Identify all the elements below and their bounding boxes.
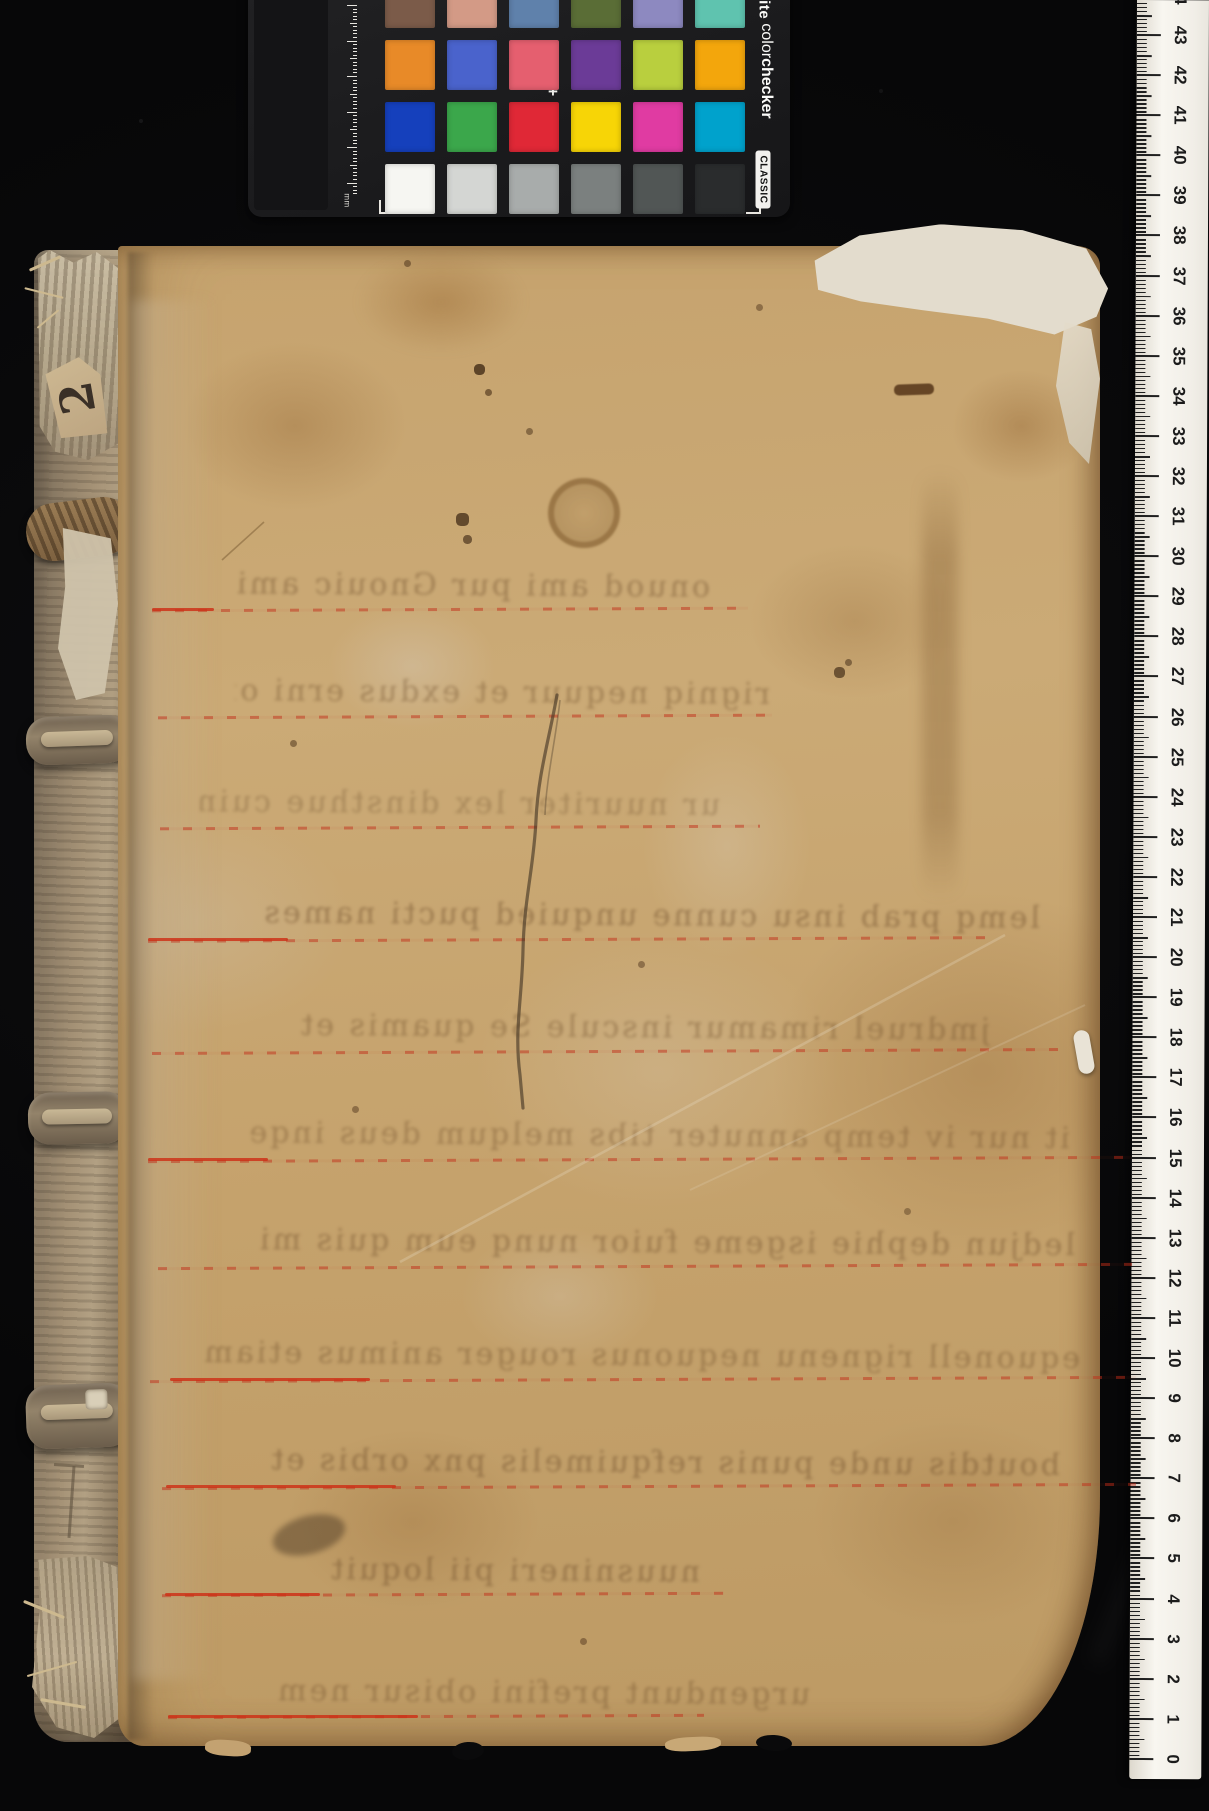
cover-mottling: [132, 300, 216, 1680]
bleedthrough-text-line: nuusnineri pii loquit: [250, 1547, 700, 1592]
ruler-mm-tick: [1135, 488, 1145, 489]
mm-scale-tick: [347, 5, 357, 6]
spine-raised-band: [25, 714, 131, 766]
ruler-mm-tick: [1135, 376, 1150, 378]
ruler-mm-tick: [1135, 564, 1145, 565]
ruler-mm-tick: [1132, 1061, 1142, 1062]
ruler-cm-tick: [1136, 315, 1160, 317]
ruler-mm-tick: [1132, 1089, 1142, 1090]
ruler-cm-tick: [1131, 1317, 1155, 1319]
ruler-mm-tick: [1136, 179, 1146, 180]
mm-scale-tick: [353, 87, 357, 88]
mm-scale-tick: [353, 115, 357, 116]
ruler-mm-tick: [1135, 444, 1145, 445]
ruler-number: 35: [1164, 343, 1188, 369]
ruler-mm-tick: [1134, 684, 1144, 685]
ruler-cm-tick: [1134, 595, 1158, 597]
ruler-mm-tick: [1132, 1129, 1142, 1130]
ruler-mm-tick: [1133, 833, 1143, 834]
ruler-mm-tick: [1134, 608, 1144, 609]
ruler-mm-tick: [1134, 692, 1144, 693]
ruler-mm-tick: [1130, 1554, 1140, 1555]
stain-streak: [922, 470, 958, 900]
ruler-mm-tick: [1137, 15, 1152, 17]
ruler-mm-tick: [1133, 913, 1143, 914]
wordmark-checker: checker: [758, 58, 775, 119]
ruler-mm-tick: [1136, 187, 1146, 188]
ruler-mm-tick: [1131, 1458, 1146, 1460]
ruler-mm-tick: [1130, 1498, 1145, 1500]
ruler-mm-tick: [1137, 79, 1147, 80]
ruler: 4443424140393837363534333231302928272625…: [1129, 0, 1209, 1779]
ruler-number: 43: [1166, 22, 1190, 48]
ruler-mm-tick: [1136, 119, 1146, 120]
color-patch: [571, 40, 621, 90]
mm-scale-tick: [353, 119, 357, 120]
mm-scale-tick: [350, 129, 357, 130]
ruler-mm-tick: [1134, 604, 1144, 605]
ruler-mm-tick: [1131, 1422, 1141, 1423]
ruler-mm-tick: [1131, 1266, 1141, 1267]
ruler-mm-tick: [1131, 1442, 1141, 1443]
ruler-mm-tick: [1135, 492, 1145, 493]
ruler-mm-tick: [1135, 500, 1145, 501]
ruler-mm-tick: [1131, 1470, 1141, 1471]
ruler-mm-tick: [1136, 280, 1146, 281]
ruler-mm-tick: [1130, 1502, 1140, 1503]
ruler-mm-tick: [1133, 933, 1143, 934]
ruler-mm-tick: [1131, 1454, 1141, 1455]
ruler-mm-tick: [1130, 1707, 1140, 1708]
ruler-mm-tick: [1136, 284, 1146, 285]
ruler-cm-tick: [1132, 1197, 1156, 1199]
mm-scale-tick: [353, 37, 357, 38]
color-patch: [633, 0, 683, 28]
ruler-mm-tick: [1131, 1390, 1141, 1391]
ruler-mm-tick: [1134, 624, 1144, 625]
color-checker-black-panel: [254, 0, 328, 210]
ruler-mm-tick: [1133, 953, 1143, 954]
ruler-mm-tick: [1134, 708, 1144, 709]
ruler-mm-tick: [1135, 472, 1145, 473]
ruler-mm-tick: [1131, 1402, 1141, 1403]
ruler-mm-tick: [1132, 1081, 1142, 1082]
ruler-mm-tick: [1134, 729, 1144, 730]
ruler-mm-tick: [1132, 1069, 1142, 1070]
ruler-mm-tick: [1132, 1093, 1142, 1094]
color-patch: [695, 102, 745, 152]
ruler-mm-tick: [1131, 1326, 1141, 1327]
ruler-mm-tick: [1130, 1607, 1140, 1608]
ruler-mm-tick: [1130, 1635, 1140, 1636]
ruler-mm-tick: [1134, 700, 1144, 701]
ruler-mm-tick: [1137, 31, 1147, 32]
ruler-mm-tick: [1132, 1194, 1142, 1195]
ruler-cm-tick: [1131, 1437, 1155, 1439]
ruler-mm-tick: [1137, 63, 1147, 64]
ruler-mm-tick: [1136, 199, 1146, 200]
ruler-mm-tick: [1131, 1270, 1141, 1271]
ruler-mm-tick: [1136, 296, 1151, 298]
ruler-mm-tick: [1137, 11, 1147, 12]
ruler-mm-tick: [1132, 1133, 1142, 1134]
ruler-mm-tick: [1133, 973, 1143, 974]
ruler-number: 33: [1164, 423, 1188, 449]
mm-scale-tick: [353, 97, 357, 98]
ruler-mm-tick: [1130, 1643, 1140, 1644]
spine-raised-band: [28, 1091, 129, 1145]
ruler-mm-tick: [1130, 1490, 1140, 1491]
mm-scale-tick: [353, 179, 357, 180]
mm-scale-tick: [347, 183, 357, 184]
ruler-number: 26: [1163, 704, 1187, 730]
ruler-mm-tick: [1134, 721, 1144, 722]
ruler-mm-tick: [1133, 825, 1143, 826]
ruler-mm-tick: [1137, 103, 1147, 104]
ruler-mm-tick: [1130, 1562, 1140, 1563]
ruler-mm-tick: [1136, 139, 1146, 140]
color-patch: [385, 0, 435, 28]
color-patch: [695, 40, 745, 90]
ruler-mm-tick: [1136, 219, 1146, 220]
ruler-mm-tick: [1135, 464, 1145, 465]
mm-scale-tick: [353, 154, 357, 155]
ruler-mm-tick: [1131, 1350, 1141, 1351]
mm-scale-tick: [347, 112, 357, 113]
ruler-mm-tick: [1132, 1246, 1142, 1247]
spine-clasp: [85, 1389, 108, 1410]
ruler-mm-tick: [1131, 1322, 1141, 1323]
ruler-mm-tick: [1131, 1446, 1141, 1447]
ruler-mm-tick: [1134, 680, 1144, 681]
mm-scale-tick: [353, 186, 357, 187]
ruler-number: 29: [1163, 583, 1187, 609]
ruler-mm-tick: [1129, 1743, 1139, 1744]
red-ruling-solid-segment: [165, 1593, 320, 1596]
ruler-mm-tick: [1134, 592, 1144, 593]
ruler-mm-tick: [1130, 1695, 1140, 1696]
color-patch: [385, 164, 435, 214]
ruler-mm-tick: [1137, 107, 1147, 108]
ruler-mm-tick: [1135, 440, 1145, 441]
ruler-mm-tick: [1130, 1546, 1140, 1547]
ruler-mm-tick: [1130, 1534, 1140, 1535]
ruler-mm-tick: [1135, 348, 1145, 349]
bleedthrough-text-line: equonell rignenu nequonus rouger animus …: [200, 1331, 1080, 1379]
ruler-mm-tick: [1133, 813, 1143, 814]
ruler-cm-tick: [1130, 1638, 1154, 1640]
ruler-mm-tick: [1135, 532, 1145, 533]
ruler-mm-tick: [1136, 151, 1146, 152]
ruler-mm-tick: [1130, 1687, 1140, 1688]
mm-scale-label: mm: [343, 193, 352, 207]
color-patch: [447, 40, 497, 90]
mm-scale-tick: [353, 80, 357, 81]
ruler-mm-tick: [1133, 809, 1143, 810]
ruler-mm-tick: [1133, 925, 1143, 926]
ruler-mm-tick: [1133, 1001, 1143, 1002]
ruler-mm-tick: [1132, 1182, 1142, 1183]
ruler-mm-tick: [1134, 640, 1144, 641]
ruler-mm-tick: [1135, 520, 1145, 521]
ruler-number: 30: [1164, 543, 1188, 569]
ruler-mm-tick: [1134, 801, 1144, 802]
ruler-mm-tick: [1137, 39, 1147, 40]
ruler-mm-tick: [1134, 672, 1144, 673]
ruler-mm-tick: [1130, 1699, 1145, 1701]
ruler-mm-tick: [1131, 1314, 1141, 1315]
ruler-mm-tick: [1131, 1394, 1141, 1395]
ruler-mm-tick: [1135, 360, 1145, 361]
ruler-cm-tick: [1130, 1597, 1154, 1599]
red-ruling-solid-segment: [170, 1378, 370, 1381]
ruler-mm-tick: [1134, 733, 1144, 734]
ruler-mm-tick: [1132, 1085, 1142, 1086]
ruler-mm-tick: [1133, 1021, 1143, 1022]
ruler-mm-tick: [1133, 909, 1143, 910]
ruler-mm-tick: [1130, 1586, 1140, 1587]
color-patch: [695, 0, 745, 28]
red-ruling-solid-segment: [166, 1485, 396, 1488]
ink-mark: [894, 383, 934, 395]
mm-scale-tick: [353, 72, 357, 73]
ruler-mm-tick: [1129, 1723, 1139, 1724]
ruler-mm-tick: [1135, 372, 1145, 373]
ruler-mm-tick: [1130, 1510, 1140, 1511]
red-ruling-solid-segment: [152, 608, 214, 611]
ruler-number: 3: [1159, 1626, 1183, 1652]
ruler-number: 31: [1164, 503, 1188, 529]
ruler-mm-tick: [1130, 1655, 1140, 1656]
ruler-mm-tick: [1135, 528, 1145, 529]
ruler-mm-tick: [1130, 1522, 1140, 1523]
ruler-mm-tick: [1136, 203, 1146, 204]
ruler-mm-tick: [1137, 19, 1147, 20]
ruler-mm-tick: [1136, 123, 1146, 124]
ruler-mm-tick: [1129, 1751, 1139, 1752]
ruler-mm-tick: [1134, 632, 1144, 633]
color-patch: [509, 102, 559, 152]
ruler-number: 5: [1159, 1546, 1183, 1572]
ruler-mm-tick: [1131, 1366, 1141, 1367]
ruler-number: 7: [1159, 1465, 1183, 1491]
ruler-mm-tick: [1131, 1342, 1141, 1343]
ruler-number: 15: [1161, 1145, 1185, 1171]
ruler-cm-tick: [1133, 996, 1157, 998]
spine-raised-band: [25, 1382, 131, 1450]
ruler-mm-tick: [1137, 87, 1147, 88]
ruler-cm-tick: [1133, 956, 1157, 958]
ruler-mm-tick: [1134, 644, 1144, 645]
bleedthrough-text-line: jmdruel rimamur inscule Se quamis et: [230, 1003, 990, 1050]
ruler-mm-tick: [1136, 175, 1151, 177]
ruler-mm-tick: [1132, 1109, 1142, 1110]
ruler-mm-tick: [1133, 861, 1143, 862]
ruler-mm-tick: [1134, 588, 1144, 589]
ruler-cm-tick: [1136, 234, 1160, 236]
ruler-mm-tick: [1134, 769, 1144, 770]
ruler-mm-tick: [1129, 1755, 1139, 1756]
ruler-number: 8: [1160, 1425, 1184, 1451]
ruler-mm-tick: [1136, 328, 1146, 329]
ruler-cm-tick: [1129, 1718, 1153, 1720]
ruler-mm-tick: [1136, 251, 1146, 252]
ruler-mm-tick: [1130, 1611, 1140, 1612]
ruler-mm-tick: [1132, 1178, 1147, 1180]
ruler-mm-tick: [1132, 1206, 1142, 1207]
ruler-mm-tick: [1133, 1009, 1143, 1010]
ruler-mm-tick: [1131, 1418, 1146, 1420]
bleedthrough-text-line: onuod ami pur Gnouic ami: [218, 562, 710, 607]
ruler-mm-tick: [1133, 1013, 1143, 1014]
ruler-cm-tick: [1129, 1758, 1153, 1760]
color-patch: [633, 40, 683, 90]
ruler-cm-tick: [1136, 154, 1160, 156]
mm-scale-tick: [353, 108, 357, 109]
ruler-number: 41: [1165, 102, 1189, 128]
mm-scale-tick: [353, 143, 357, 144]
ruler-mm-tick: [1132, 1105, 1142, 1106]
ruler-mm-tick: [1134, 749, 1144, 750]
ruler-mm-tick: [1132, 1166, 1142, 1167]
ruler-mm-tick: [1132, 1149, 1142, 1150]
ruler-mm-tick: [1131, 1434, 1141, 1435]
ruler-mm-tick: [1134, 789, 1144, 790]
ruler-number: 28: [1163, 623, 1187, 649]
ruler-mm-tick: [1136, 288, 1146, 289]
ruler-mm-tick: [1137, 67, 1147, 68]
bleedthrough-text-line: ur nuuriter lex dinsthue cuini: [200, 780, 720, 826]
ruler-mm-tick: [1135, 432, 1145, 433]
ruler-mm-tick: [1133, 885, 1143, 886]
ruler-mm-tick: [1131, 1462, 1141, 1463]
ruler-cm-tick: [1135, 395, 1159, 397]
ruler-number: 42: [1166, 62, 1190, 88]
ruler-mm-tick: [1136, 259, 1146, 260]
color-patch: [385, 40, 435, 90]
ruler-mm-tick: [1133, 829, 1143, 830]
edge-notch: [451, 1741, 484, 1761]
ruler-mm-tick: [1133, 901, 1143, 902]
ruler-mm-tick: [1135, 504, 1145, 505]
ruler-mm-tick: [1134, 773, 1144, 774]
ruler-number: 21: [1162, 904, 1186, 930]
mm-scale-tick: [353, 65, 357, 66]
ruler-number: 20: [1162, 944, 1186, 970]
ruler-mm-tick: [1131, 1414, 1141, 1415]
ruler-mm-tick: [1135, 380, 1145, 381]
ruler-cm-tick: [1132, 1036, 1156, 1038]
mm-scale-tick: [353, 161, 357, 162]
ruler-number: 24: [1162, 784, 1186, 810]
ruler-mm-tick: [1132, 1145, 1142, 1146]
ruler-mm-tick: [1137, 95, 1152, 97]
ruler-mm-tick: [1133, 897, 1148, 899]
ruler-mm-tick: [1130, 1542, 1140, 1543]
color-patch: [571, 102, 621, 152]
ruler-number: 25: [1163, 744, 1187, 770]
ruler-mm-tick: [1134, 745, 1144, 746]
bleedthrough-text-line: it nur iv temp annuter tibs melqum deus …: [185, 1111, 1070, 1159]
red-ruling-solid-segment: [168, 1715, 418, 1718]
ruler-mm-tick: [1134, 725, 1144, 726]
ruler-mm-tick: [1135, 404, 1145, 405]
ruler-mm-tick: [1133, 961, 1143, 962]
ruler-mm-tick: [1131, 1286, 1141, 1287]
color-patch: [509, 0, 559, 28]
ruler-mm-tick: [1136, 320, 1146, 321]
ruler-mm-tick: [1134, 704, 1144, 705]
ruler-number: 22: [1162, 864, 1186, 890]
mm-scale-tick: [353, 83, 357, 84]
ruler-mm-tick: [1136, 304, 1146, 305]
vellum-cover: [118, 246, 1100, 1746]
ruler-cm-tick: [1135, 555, 1159, 557]
ruler-mm-tick: [1131, 1450, 1141, 1451]
ruler-mm-tick: [1133, 989, 1143, 990]
mm-scale-tick: [353, 158, 357, 159]
ruler-mm-tick: [1134, 668, 1144, 669]
ruler-mm-tick: [1133, 977, 1148, 979]
ruler-mm-tick: [1134, 628, 1144, 629]
ruler-mm-tick: [1134, 572, 1144, 573]
ruler-number: 2: [1159, 1666, 1183, 1692]
ruler-mm-tick: [1130, 1538, 1145, 1540]
mm-scale-tick: [353, 190, 357, 191]
ruler-cm-tick: [1135, 515, 1159, 517]
ruler-mm-tick: [1136, 143, 1146, 144]
ruler-mm-tick: [1133, 1025, 1143, 1026]
ruler-mm-tick: [1132, 1033, 1142, 1034]
ruler-mm-tick: [1136, 207, 1146, 208]
ruler-cm-tick: [1133, 876, 1157, 878]
ruler-mm-tick: [1134, 741, 1144, 742]
ruler-mm-tick: [1134, 652, 1144, 653]
ruler-mm-tick: [1131, 1426, 1141, 1427]
ruler-mm-tick: [1135, 428, 1145, 429]
ruler-mm-tick: [1130, 1711, 1140, 1712]
ruler-mm-tick: [1129, 1739, 1144, 1741]
ruler-mm-tick: [1130, 1627, 1140, 1628]
ruler-mm-tick: [1131, 1334, 1141, 1335]
ruler-mm-tick: [1129, 1747, 1139, 1748]
ruler-mm-tick: [1136, 135, 1151, 137]
ruler-mm-tick: [1136, 263, 1146, 264]
ruler-mm-tick: [1130, 1675, 1140, 1676]
ruler-mm-tick: [1136, 340, 1146, 341]
ruler-mm-tick: [1133, 805, 1143, 806]
ruler-mm-tick: [1130, 1582, 1140, 1583]
ruler-mm-tick: [1134, 616, 1149, 618]
ruler-mm-tick: [1131, 1294, 1141, 1295]
ruler-mm-tick: [1134, 576, 1149, 578]
ruler-mm-tick: [1135, 456, 1150, 458]
ruler-cm-tick: [1132, 1237, 1156, 1239]
red-ruling-solid-segment: [148, 1158, 268, 1161]
ruler-mm-tick: [1137, 99, 1147, 100]
red-ruling-solid-segment: [148, 938, 288, 941]
ruler-mm-tick: [1134, 753, 1144, 754]
mm-scale-tick: [353, 104, 357, 105]
mm-scale-tick: [353, 9, 357, 10]
ruler-mm-tick: [1132, 1202, 1142, 1203]
ruler-number: 16: [1161, 1105, 1185, 1131]
ruler-mm-tick: [1131, 1486, 1141, 1487]
ruler-mm-tick: [1135, 416, 1150, 418]
ruler-mm-tick: [1132, 1057, 1147, 1059]
ruler-number: 4: [1159, 1586, 1183, 1612]
ruler-mm-tick: [1133, 921, 1143, 922]
